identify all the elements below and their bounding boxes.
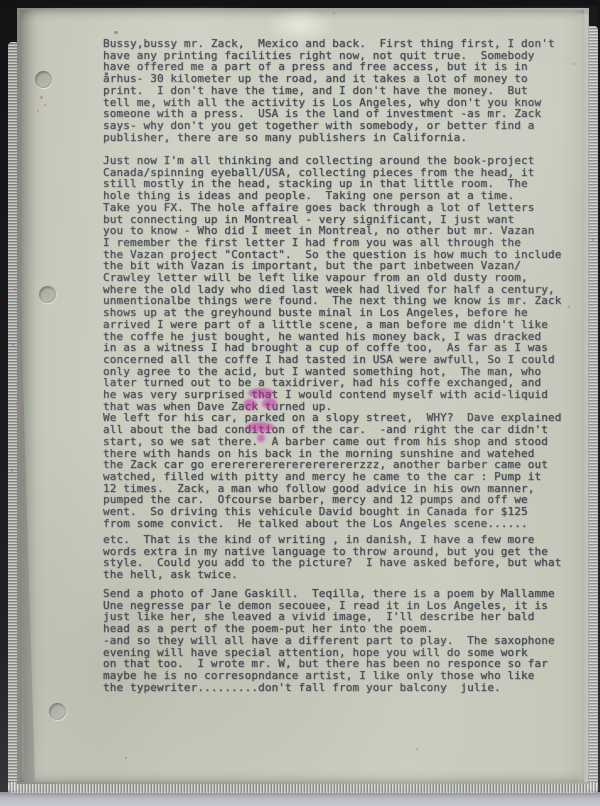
ink-speck (12, 344, 14, 346)
letter-paragraph-1: Bussy,bussy mr. Zack, Mexico and back. F… (103, 38, 555, 143)
punch-hole-middle (39, 286, 56, 303)
ink-speck (44, 104, 46, 106)
marker-blob (257, 434, 265, 442)
dirt-smudge (114, 31, 118, 34)
ink-speck (14, 288, 16, 291)
letter-paragraph-2: Just now I'm all thinking and collecting… (103, 155, 562, 530)
ink-speck (40, 96, 43, 99)
ink-speck (528, 44, 530, 46)
marker-blob (262, 398, 277, 409)
letter-paragraph-4: Send a photo of Jane Gaskill. Teqilla, t… (103, 588, 555, 693)
letter-paper: Bussy,bussy mr. Zack, Mexico and back. F… (20, 10, 584, 782)
ink-speck (333, 12, 335, 14)
ink-speck (11, 470, 13, 472)
ink-speck (16, 402, 18, 405)
letter-paragraph-3: etc. That is the kind of writing , in da… (103, 534, 562, 581)
marker-blob (248, 388, 274, 398)
marker-blob (243, 399, 257, 410)
table-surface (0, 792, 600, 806)
ink-speck (416, 748, 418, 750)
ink-speck (592, 238, 594, 241)
punch-hole-bottom (49, 703, 66, 720)
ink-speck (568, 306, 570, 308)
punch-hole-top (35, 71, 52, 88)
ink-speck (37, 110, 39, 112)
marker-blob (246, 422, 274, 432)
scanned-letter-photo: Bussy,bussy mr. Zack, Mexico and back. F… (0, 0, 600, 806)
ink-speck (573, 63, 575, 65)
ink-speck (125, 757, 127, 759)
letter-text: Bussy,bussy mr. Zack, Mexico and back. F… (20, 10, 584, 782)
